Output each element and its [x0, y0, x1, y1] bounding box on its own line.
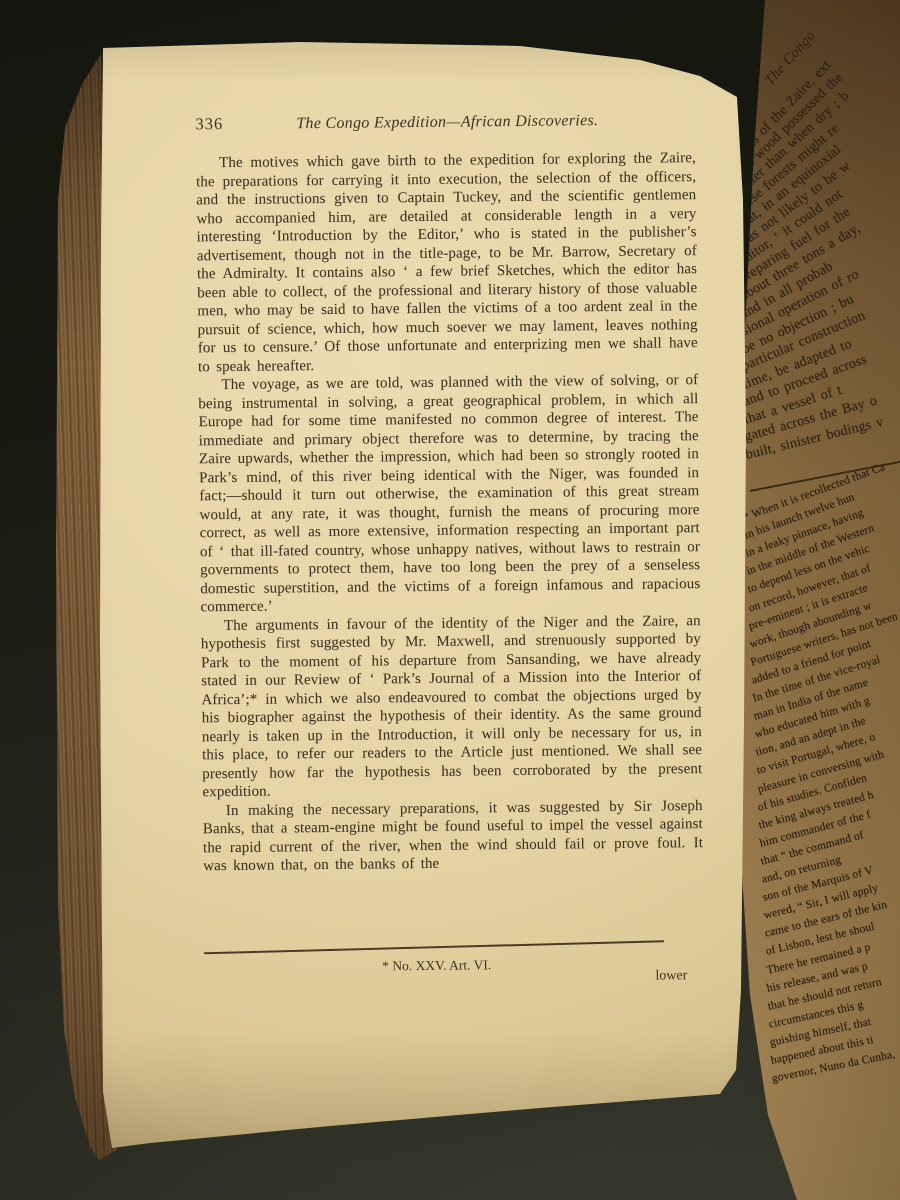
paragraph: The arguments in favour of the identity … — [201, 612, 703, 802]
paragraph: In making the necessary preparations, it… — [203, 797, 704, 876]
paragraph: The voyage, as we are told, was planned … — [198, 371, 700, 617]
footnote-row: * No. XXV. Art. VI. lower — [204, 955, 669, 976]
book-photograph: The Congo parts of the Zaire, extthis wo… — [0, 0, 900, 1200]
page-number: 336 — [195, 114, 223, 134]
footnote-rule — [204, 940, 664, 954]
page-body: The motives which gave birth to the expe… — [196, 149, 704, 876]
running-title: The Congo Expedition—African Discoveries… — [223, 111, 695, 134]
catchword: lower — [655, 968, 687, 984]
page-header: 336 The Congo Expedition—African Discove… — [195, 109, 695, 134]
paragraph: The motives which gave birth to the expe… — [196, 149, 698, 376]
footnote: * No. XXV. Art. VI. — [382, 957, 491, 973]
